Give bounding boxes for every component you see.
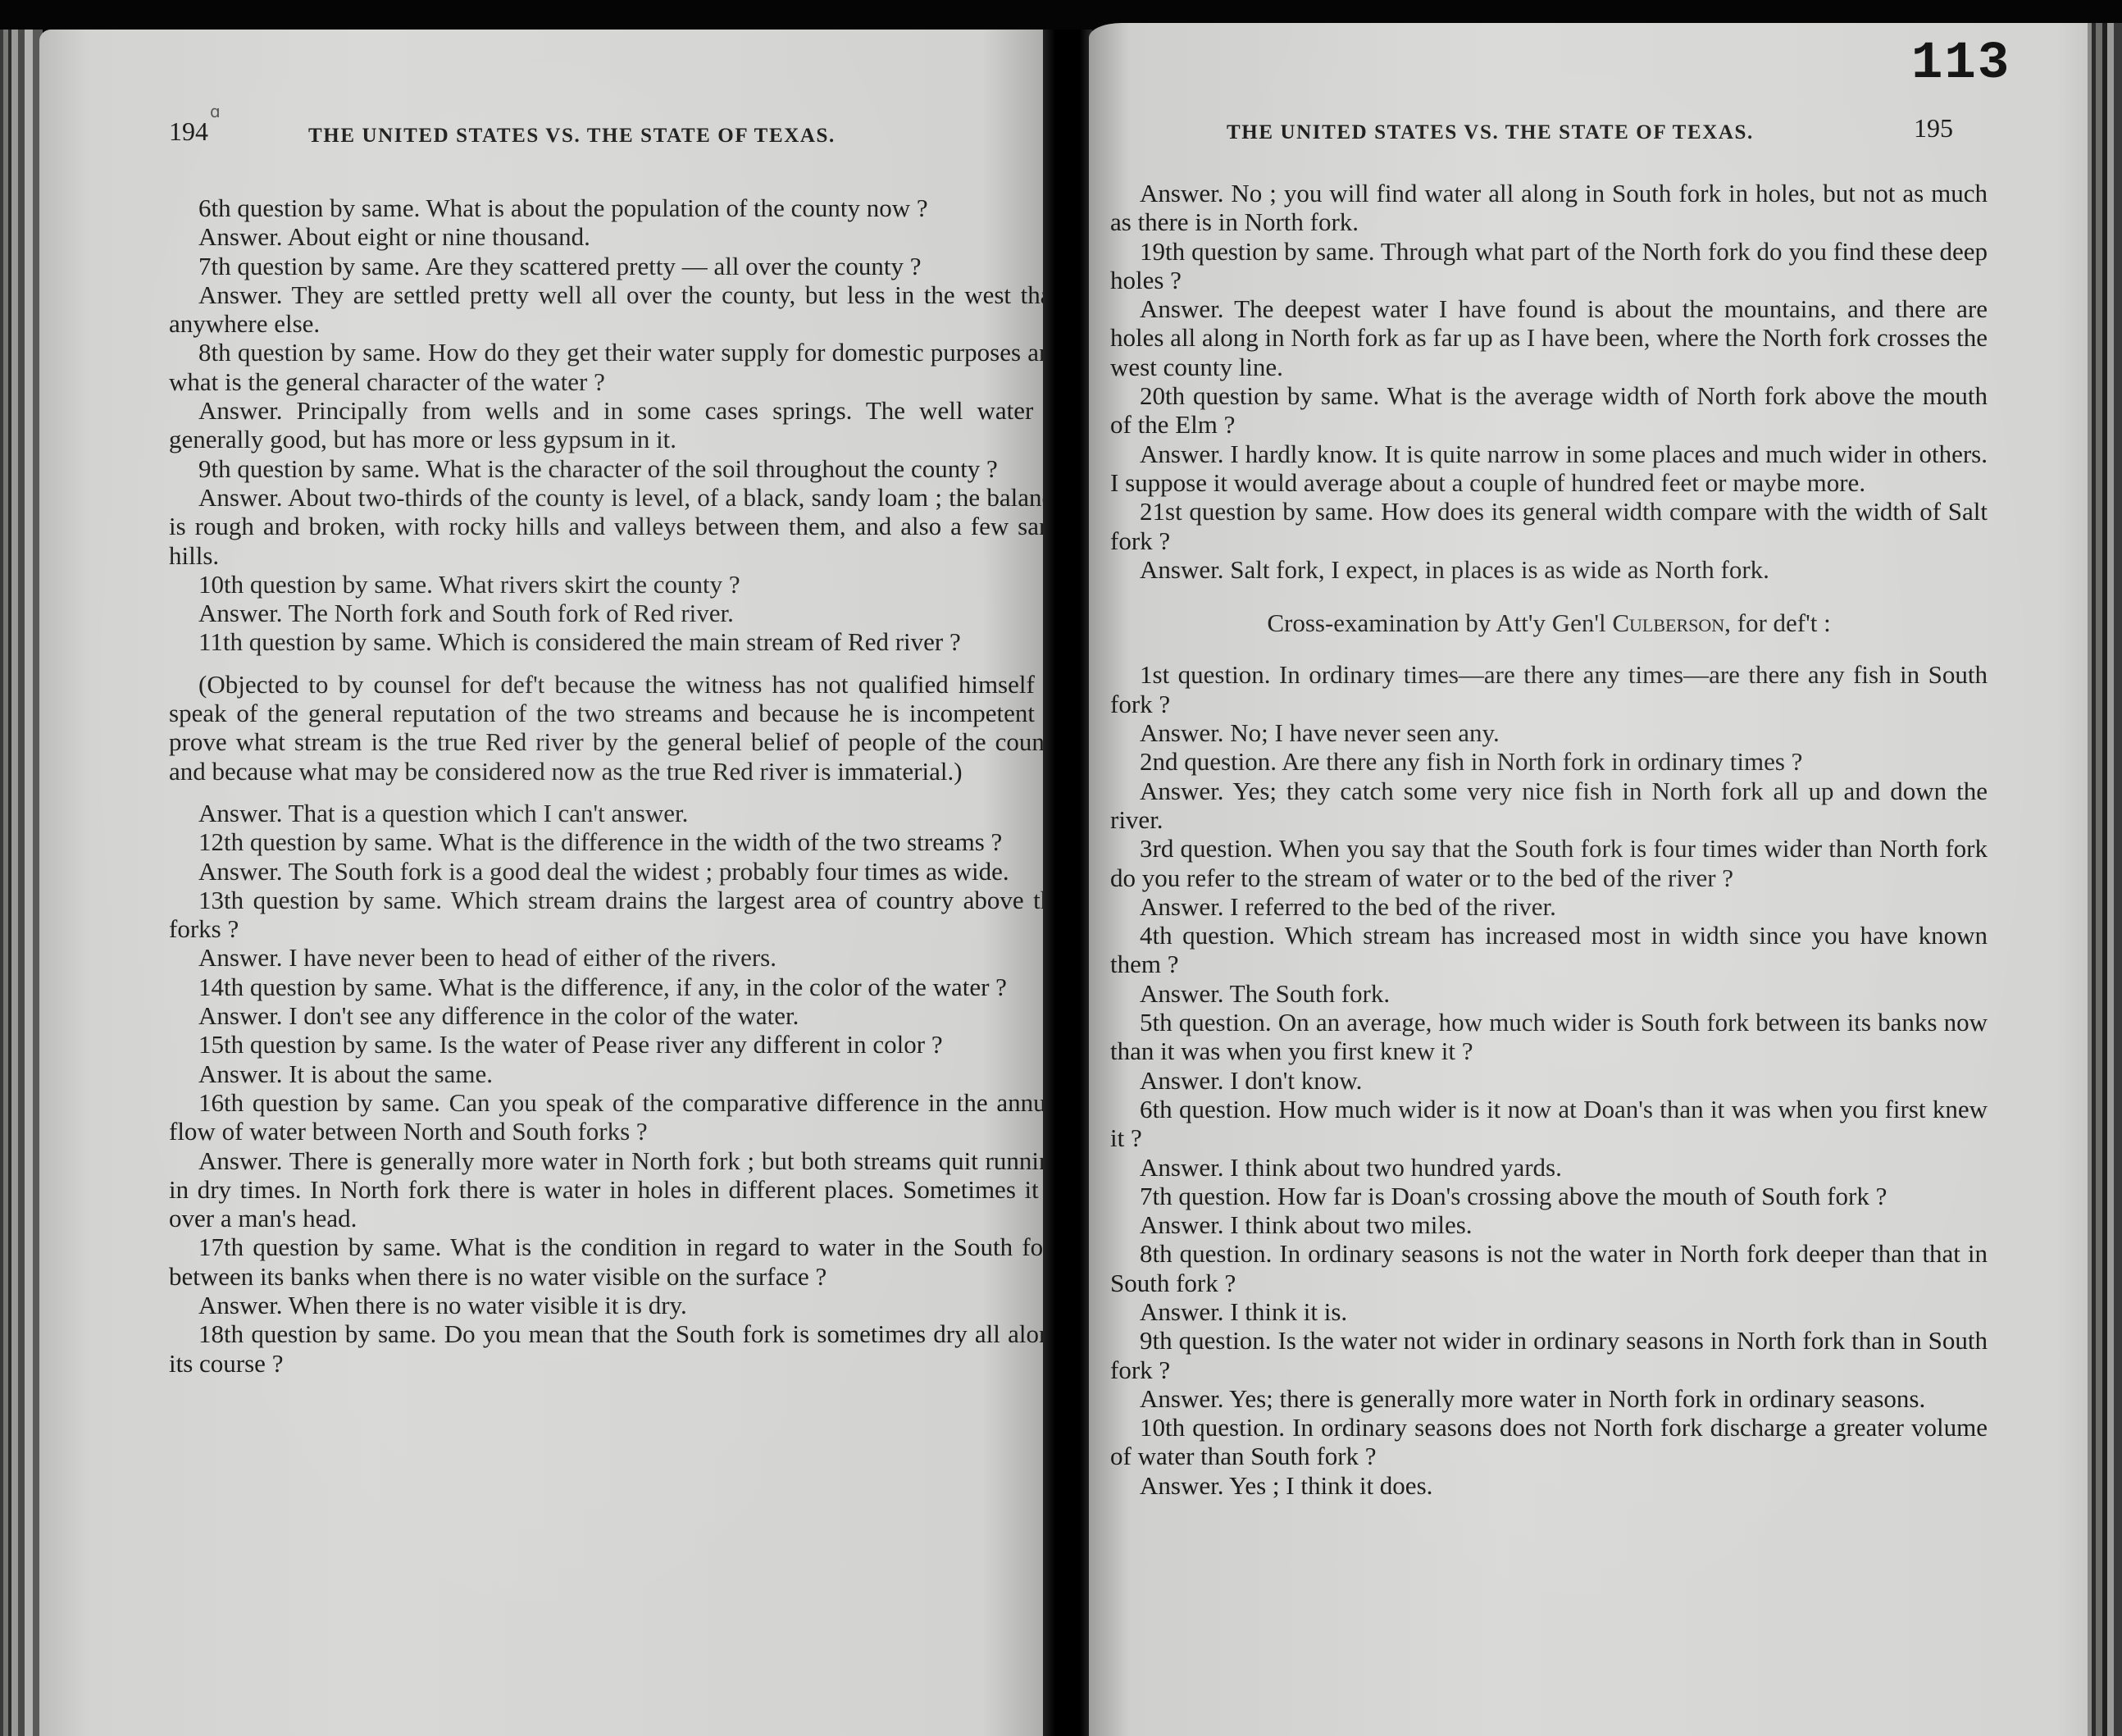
paragraph: 6th question by same. What is about the … bbox=[169, 194, 1050, 222]
paragraph: Answer. Principally from wells and in so… bbox=[169, 396, 1050, 454]
left-page: 194 ɑ THE UNITED STATES VS. THE STATE OF… bbox=[39, 30, 1050, 1736]
paragraph: 21st question by same. How does its gene… bbox=[1110, 497, 1988, 555]
paragraph: Answer. There is generally more water in… bbox=[169, 1146, 1050, 1233]
paragraph: 10th question. In ordinary seasons does … bbox=[1110, 1413, 1988, 1471]
paragraph: Answer. The deepest water I have found i… bbox=[1110, 294, 1988, 381]
paragraph: Answer. That is a question which I can't… bbox=[169, 799, 1050, 827]
paragraph: 4th question. Which stream has increased… bbox=[1110, 921, 1988, 979]
paragraph: Answer. No; I have never seen any. bbox=[1110, 718, 1988, 747]
paragraph: 9th question. Is the water not wider in … bbox=[1110, 1326, 1988, 1384]
paragraph: Answer. No ; you will find water all alo… bbox=[1110, 179, 1988, 237]
right-binding-edge bbox=[2088, 23, 2122, 1736]
paragraph: 2nd question. Are there any fish in Nort… bbox=[1110, 747, 1988, 776]
paragraph: 8th question. In ordinary seasons is not… bbox=[1110, 1239, 1988, 1297]
paragraph: 1st question. In ordinary times—are ther… bbox=[1110, 660, 1988, 718]
paragraph: Answer. I referred to the bed of the riv… bbox=[1110, 892, 1988, 921]
paragraph: 14th question by same. What is the diffe… bbox=[169, 973, 1050, 1001]
objection-paragraph: (Objected to by counsel for def't becaus… bbox=[169, 670, 1050, 786]
paragraph: 13th question by same. Which stream drai… bbox=[169, 886, 1050, 944]
pencil-mark: ɑ bbox=[210, 102, 221, 121]
paragraph: 8th question by same. How do they get th… bbox=[169, 338, 1050, 396]
paragraph: Answer. About two-thirds of the county i… bbox=[169, 483, 1050, 570]
book-gutter bbox=[1043, 30, 1092, 1736]
paragraph: Answer. When there is no water visible i… bbox=[169, 1291, 1050, 1319]
paragraph: 11th question by same. Which is consider… bbox=[169, 627, 1050, 656]
paragraph: Answer. Yes ; I think it does. bbox=[1110, 1471, 1988, 1500]
paragraph: 3rd question. When you say that the Sout… bbox=[1110, 834, 1988, 892]
page-number-left: 194 bbox=[169, 116, 208, 147]
page-number-right: 195 bbox=[1914, 113, 1953, 144]
paragraph: Answer. They are settled pretty well all… bbox=[169, 280, 1050, 339]
paragraph: Answer. I think about two miles. bbox=[1110, 1210, 1988, 1239]
left-page-body: 6th question by same. What is about the … bbox=[169, 194, 1050, 1378]
paragraph: Answer. I don't see any difference in th… bbox=[169, 1001, 1050, 1030]
paragraph: Answer. About eight or nine thousand. bbox=[169, 222, 1050, 251]
right-page-body: Answer. No ; you will find water all alo… bbox=[1110, 179, 1988, 1500]
paragraph: 6th question. How much wider is it now a… bbox=[1110, 1095, 1988, 1153]
paragraph: Answer. I have never been to head of eit… bbox=[169, 943, 1050, 972]
paragraph: 16th question by same. Can you speak of … bbox=[169, 1088, 1050, 1146]
subhead-prefix: Cross-examination by Att'y Gen'l bbox=[1267, 608, 1612, 637]
paragraph: Answer. The South fork. bbox=[1110, 979, 1988, 1008]
paragraph: 10th question by same. What rivers skirt… bbox=[169, 570, 1050, 599]
paragraph: 7th question. How far is Doan's crossing… bbox=[1110, 1182, 1988, 1210]
paragraph: Answer. I think about two hundred yards. bbox=[1110, 1153, 1988, 1182]
paragraph: Answer. Salt fork, I expect, in places i… bbox=[1110, 555, 1988, 584]
paragraph: Answer. Yes; they catch some very nice f… bbox=[1110, 777, 1988, 835]
paragraph: Answer. It is about the same. bbox=[169, 1059, 1050, 1088]
paragraph: 19th question by same. Through what part… bbox=[1110, 237, 1988, 295]
paragraph: 15th question by same. Is the water of P… bbox=[169, 1030, 1050, 1059]
paragraph: 17th question by same. What is the condi… bbox=[169, 1233, 1050, 1291]
paragraph: 20th question by same. What is the avera… bbox=[1110, 381, 1988, 440]
running-head-left: THE UNITED STATES VS. THE STATE OF TEXAS… bbox=[308, 125, 836, 148]
paragraph: 12th question by same. What is the diffe… bbox=[169, 827, 1050, 856]
paragraph: 7th question by same. Are they scattered… bbox=[169, 252, 1050, 280]
attorney-name: Culberson bbox=[1612, 608, 1724, 637]
cross-examination-heading: Cross-examination by Att'y Gen'l Culbers… bbox=[1110, 608, 1988, 637]
stamped-page-number: 113 bbox=[1911, 34, 2010, 93]
paragraph: 18th question by same. Do you mean that … bbox=[169, 1319, 1050, 1378]
paragraph: Answer. I don't know. bbox=[1110, 1066, 1988, 1095]
paragraph: 9th question by same. What is the charac… bbox=[169, 454, 1050, 483]
paragraph: Answer. The North fork and South fork of… bbox=[169, 599, 1050, 627]
running-head-right: THE UNITED STATES VS. THE STATE OF TEXAS… bbox=[1227, 121, 1754, 144]
paragraph: Answer. I hardly know. It is quite narro… bbox=[1110, 440, 1988, 498]
subhead-suffix: , for def't : bbox=[1724, 608, 1831, 637]
paragraph: Answer. The South fork is a good deal th… bbox=[169, 857, 1050, 886]
paragraph: Answer. I think it is. bbox=[1110, 1297, 1988, 1326]
left-binding-edge bbox=[0, 30, 43, 1736]
paragraph: 5th question. On an average, how much wi… bbox=[1110, 1008, 1988, 1066]
paragraph: Answer. Yes; there is generally more wat… bbox=[1110, 1384, 1988, 1413]
right-page: 113 THE UNITED STATES VS. THE STATE OF T… bbox=[1089, 23, 2088, 1736]
